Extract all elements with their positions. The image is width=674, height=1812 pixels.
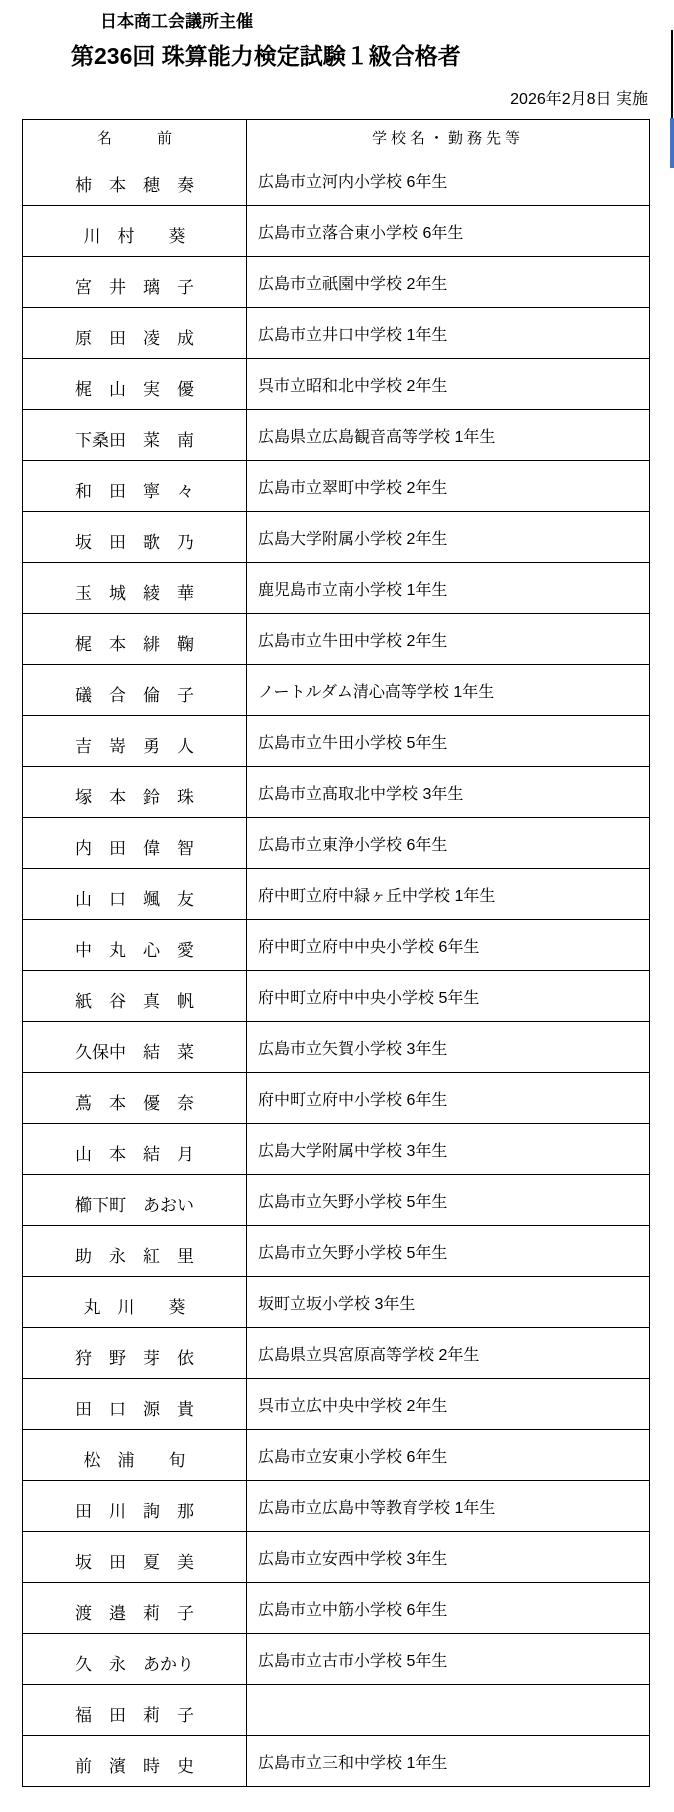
window-edge-line xyxy=(671,30,673,118)
passer-name: 塚 本 鈴 珠 xyxy=(23,767,247,817)
table-header-row: 名 前 学校名・勤務先等 xyxy=(23,120,649,155)
passer-school: 府中町立府中中央小学校 6年生 xyxy=(247,920,649,970)
passer-name: 玉 城 綾 華 xyxy=(23,563,247,613)
passer-name: 坂 田 夏 美 xyxy=(23,1532,247,1582)
passer-name: 紙 谷 真 帆 xyxy=(23,971,247,1021)
passer-school: 広島市立落合東小学校 6年生 xyxy=(247,206,649,256)
table-row: 田 川 詢 那 広島市立広島中等教育学校 1年生 xyxy=(23,1480,649,1531)
passer-school: 広島市立牛田中学校 2年生 xyxy=(247,614,649,664)
organizer-heading: 日本商工会議所主催 xyxy=(100,7,253,32)
header-name-column: 名 前 xyxy=(23,120,247,155)
passer-name: 櫛下町 あおい xyxy=(23,1175,247,1225)
passer-name: 吉 嵜 勇 人 xyxy=(23,716,247,766)
table-row: 田 口 源 貴 呉市立広中央中学校 2年生 xyxy=(23,1378,649,1429)
passer-school: 広島市立矢野小学校 5年生 xyxy=(247,1226,649,1276)
passer-name: 宮 井 璃 子 xyxy=(23,257,247,307)
passer-school: 広島市立古市小学校 5年生 xyxy=(247,1634,649,1684)
passer-school: 鹿児島市立南小学校 1年生 xyxy=(247,563,649,613)
table-row: 助 永 紅 里 広島市立矢野小学校 5年生 xyxy=(23,1225,649,1276)
table-row: 玉 城 綾 華 鹿児島市立南小学校 1年生 xyxy=(23,562,649,613)
table-row: 紙 谷 真 帆 府中町立府中中央小学校 5年生 xyxy=(23,970,649,1021)
table-row: 前 濱 時 史 広島市立三和中学校 1年生 xyxy=(23,1735,649,1786)
passer-name: 渡 邉 莉 子 xyxy=(23,1583,247,1633)
passer-school xyxy=(247,1685,649,1735)
passer-school: 広島市立翠町中学校 2年生 xyxy=(247,461,649,511)
passer-name: 坂 田 歌 乃 xyxy=(23,512,247,562)
passer-name: 久保中 結 菜 xyxy=(23,1022,247,1072)
passer-school: 広島県立呉宮原高等学校 2年生 xyxy=(247,1328,649,1378)
table-row: 山 口 颯 友 府中町立府中緑ヶ丘中学校 1年生 xyxy=(23,868,649,919)
passer-school: 広島大学附属中学校 3年生 xyxy=(247,1124,649,1174)
passer-name: 田 川 詢 那 xyxy=(23,1481,247,1531)
passer-name: 丸 川 葵 xyxy=(23,1277,247,1327)
passer-school: 広島市立井口中学校 1年生 xyxy=(247,308,649,358)
table-row: 狩 野 芽 依 広島県立呉宮原高等学校 2年生 xyxy=(23,1327,649,1378)
table-row: 宮 井 璃 子 広島市立祇園中学校 2年生 xyxy=(23,256,649,307)
passer-name: 蔦 本 優 奈 xyxy=(23,1073,247,1123)
passer-name: 内 田 偉 智 xyxy=(23,818,247,868)
passer-school: 呉市立昭和北中学校 2年生 xyxy=(247,359,649,409)
passer-school: 坂町立坂小学校 3年生 xyxy=(247,1277,649,1327)
table-row: 福 田 莉 子 xyxy=(23,1684,649,1735)
passer-school: 呉市立広中央中学校 2年生 xyxy=(247,1379,649,1429)
table-row: 下桑田 菜 南 広島県立広島観音高等学校 1年生 xyxy=(23,409,649,460)
passer-school: 広島県立広島観音高等学校 1年生 xyxy=(247,410,649,460)
passer-school: 広島市立髙取北中学校 3年生 xyxy=(247,767,649,817)
passer-name: 前 濱 時 史 xyxy=(23,1736,247,1786)
table-row: 山 本 結 月 広島大学附属中学校 3年生 xyxy=(23,1123,649,1174)
passer-school: 広島市立中筋小学校 6年生 xyxy=(247,1583,649,1633)
table-row: 吉 嵜 勇 人 広島市立牛田小学校 5年生 xyxy=(23,715,649,766)
table-row: 久 永 あかり 広島市立古市小学校 5年生 xyxy=(23,1633,649,1684)
passer-school: 府中町立府中中央小学校 5年生 xyxy=(247,971,649,1021)
passer-name: 梶 山 実 優 xyxy=(23,359,247,409)
passer-school: 広島市立矢野小学校 5年生 xyxy=(247,1175,649,1225)
passer-name: 川 村 葵 xyxy=(23,206,247,256)
passer-name: 礒 合 倫 子 xyxy=(23,665,247,715)
passer-name: 狩 野 芽 依 xyxy=(23,1328,247,1378)
table-row: 内 田 偉 智 広島市立東浄小学校 6年生 xyxy=(23,817,649,868)
document-page: 日本商工会議所主催 第236回 珠算能力検定試験１級合格者 2026年2月8日 … xyxy=(0,0,674,1812)
table-row: 梶 本 緋 鞠 広島市立牛田中学校 2年生 xyxy=(23,613,649,664)
table-row: 柿 本 穂 奏 広島市立河内小学校 6年生 xyxy=(23,155,649,205)
passer-school: 府中町立府中小学校 6年生 xyxy=(247,1073,649,1123)
table-row: 塚 本 鈴 珠 広島市立髙取北中学校 3年生 xyxy=(23,766,649,817)
passer-school: 広島市立安東小学校 6年生 xyxy=(247,1430,649,1480)
passer-school: 広島市立牛田小学校 5年生 xyxy=(247,716,649,766)
passer-name: 和 田 寧 々 xyxy=(23,461,247,511)
table-row: 久保中 結 菜 広島市立矢賀小学校 3年生 xyxy=(23,1021,649,1072)
passer-name: 梶 本 緋 鞠 xyxy=(23,614,247,664)
passer-school: 広島市立祇園中学校 2年生 xyxy=(247,257,649,307)
table-row: 櫛下町 あおい 広島市立矢野小学校 5年生 xyxy=(23,1174,649,1225)
passer-name: 柿 本 穂 奏 xyxy=(23,155,247,205)
table-row: 原 田 凌 成 広島市立井口中学校 1年生 xyxy=(23,307,649,358)
table-row: 渡 邉 莉 子 広島市立中筋小学校 6年生 xyxy=(23,1582,649,1633)
exam-date: 2026年2月8日 実施 xyxy=(0,86,648,109)
table-row: 松 浦 旬 広島市立安東小学校 6年生 xyxy=(23,1429,649,1480)
table-row: 丸 川 葵 坂町立坂小学校 3年生 xyxy=(23,1276,649,1327)
table-row: 蔦 本 優 奈 府中町立府中小学校 6年生 xyxy=(23,1072,649,1123)
passer-school: 広島市立矢賀小学校 3年生 xyxy=(247,1022,649,1072)
results-table-body: 柿 本 穂 奏 広島市立河内小学校 6年生 川 村 葵 広島市立落合東小学校 6… xyxy=(23,155,649,1786)
passer-school: 広島市立広島中等教育学校 1年生 xyxy=(247,1481,649,1531)
passer-name: 松 浦 旬 xyxy=(23,1430,247,1480)
passer-name: 福 田 莉 子 xyxy=(23,1685,247,1735)
table-row: 中 丸 心 愛 府中町立府中中央小学校 6年生 xyxy=(23,919,649,970)
passer-name: 中 丸 心 愛 xyxy=(23,920,247,970)
passer-school: 広島市立東浄小学校 6年生 xyxy=(247,818,649,868)
passer-school: 広島市立安西中学校 3年生 xyxy=(247,1532,649,1582)
passer-name: 助 永 紅 里 xyxy=(23,1226,247,1276)
page-title: 第236回 珠算能力検定試験１級合格者 xyxy=(71,38,461,71)
header-school-column: 学校名・勤務先等 xyxy=(247,120,649,155)
table-row: 川 村 葵 広島市立落合東小学校 6年生 xyxy=(23,205,649,256)
passer-name: 山 本 結 月 xyxy=(23,1124,247,1174)
table-row: 梶 山 実 優 呉市立昭和北中学校 2年生 xyxy=(23,358,649,409)
scrollbar-thumb[interactable] xyxy=(670,118,674,168)
table-row: 坂 田 夏 美 広島市立安西中学校 3年生 xyxy=(23,1531,649,1582)
passer-school: 広島市立三和中学校 1年生 xyxy=(247,1736,649,1786)
passer-name: 下桑田 菜 南 xyxy=(23,410,247,460)
passer-school: 広島市立河内小学校 6年生 xyxy=(247,155,649,205)
passer-name: 山 口 颯 友 xyxy=(23,869,247,919)
table-row: 和 田 寧 々 広島市立翠町中学校 2年生 xyxy=(23,460,649,511)
table-row: 坂 田 歌 乃 広島大学附属小学校 2年生 xyxy=(23,511,649,562)
passer-name: 田 口 源 貴 xyxy=(23,1379,247,1429)
passer-school: 府中町立府中緑ヶ丘中学校 1年生 xyxy=(247,869,649,919)
passer-school: 広島大学附属小学校 2年生 xyxy=(247,512,649,562)
results-table: 名 前 学校名・勤務先等 柿 本 穂 奏 広島市立河内小学校 6年生 川 村 葵… xyxy=(22,119,650,1787)
passer-name: 原 田 凌 成 xyxy=(23,308,247,358)
passer-name: 久 永 あかり xyxy=(23,1634,247,1684)
table-row: 礒 合 倫 子 ノートルダム清心高等学校 1年生 xyxy=(23,664,649,715)
passer-school: ノートルダム清心高等学校 1年生 xyxy=(247,665,649,715)
